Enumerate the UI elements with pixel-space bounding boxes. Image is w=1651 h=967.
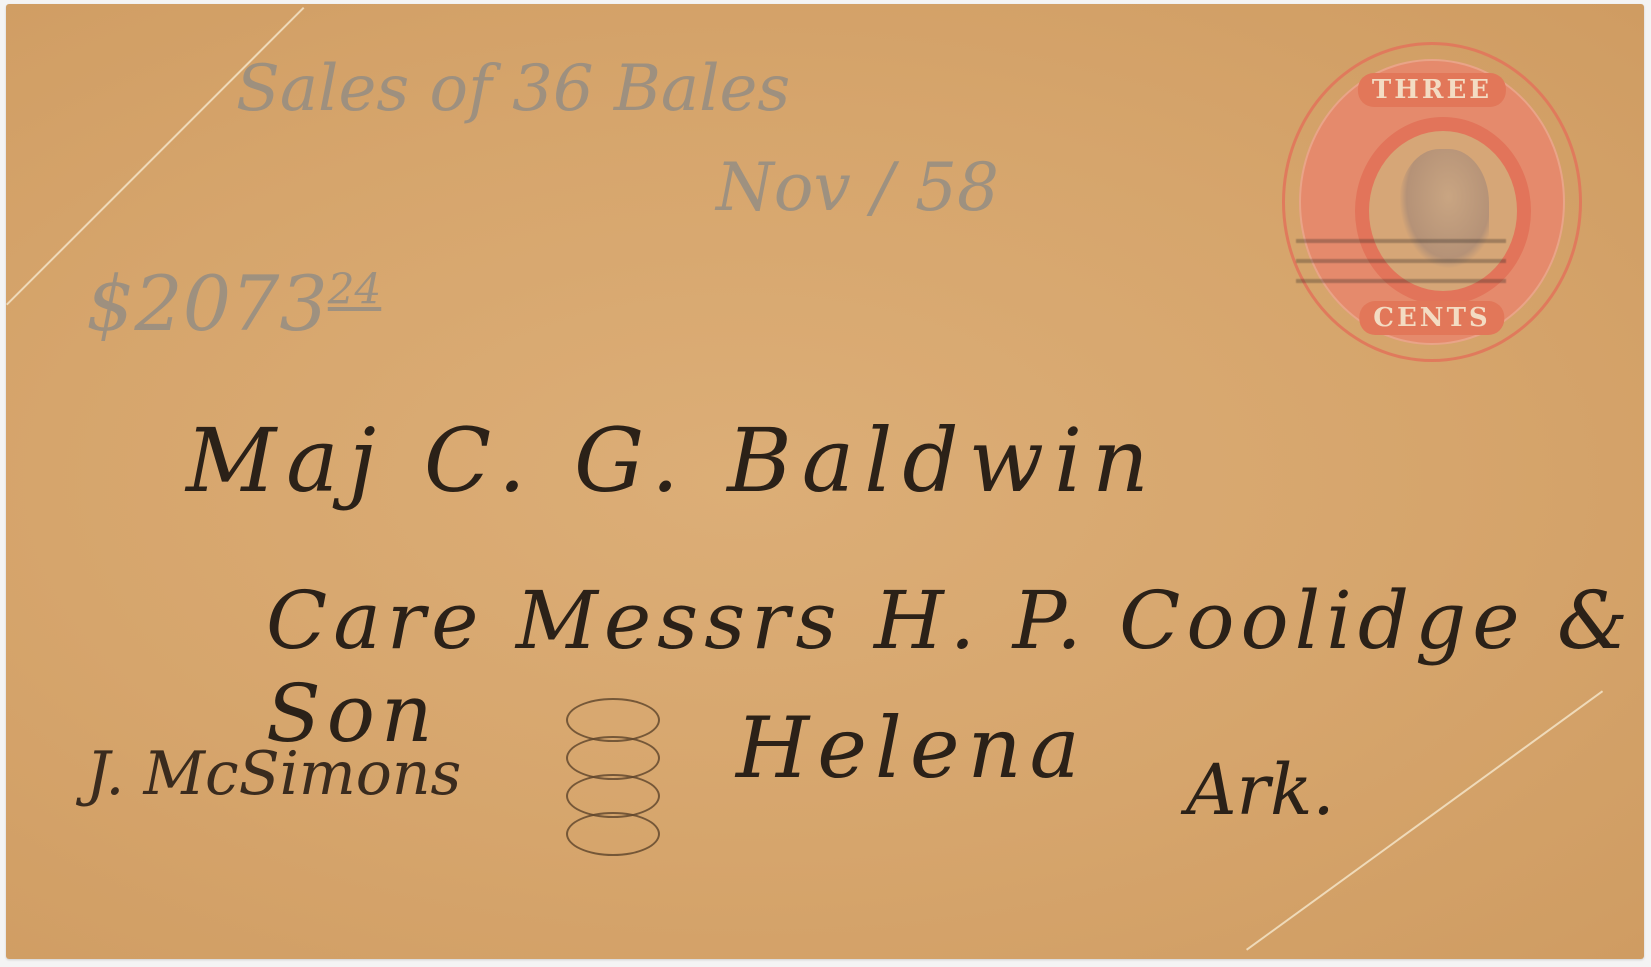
address-line-1: Maj C. G. Baldwin — [186, 409, 1159, 512]
amount-dollars: $2073 — [86, 259, 328, 348]
amount-cents: 24 — [328, 265, 381, 314]
cancellation-bars — [1296, 239, 1506, 299]
stamp-label-top: THREE — [1358, 73, 1506, 107]
address-state: Ark. — [1186, 749, 1335, 831]
stamp-indicium: THREE CENTS — [1282, 42, 1582, 362]
pencil-note-amount: $207324 — [86, 259, 381, 348]
sender-docket: J. McSimons — [86, 739, 461, 809]
pencil-note-sales: Sales of 36 Bales — [236, 52, 790, 126]
envelope: Sales of 36 Bales Nov / 58 $207324 THREE… — [6, 4, 1644, 959]
flourish-icon — [566, 704, 666, 854]
stamp-label-bottom: CENTS — [1359, 301, 1504, 335]
pencil-note-date: Nov / 58 — [716, 149, 999, 226]
address-city: Helena — [736, 699, 1088, 797]
